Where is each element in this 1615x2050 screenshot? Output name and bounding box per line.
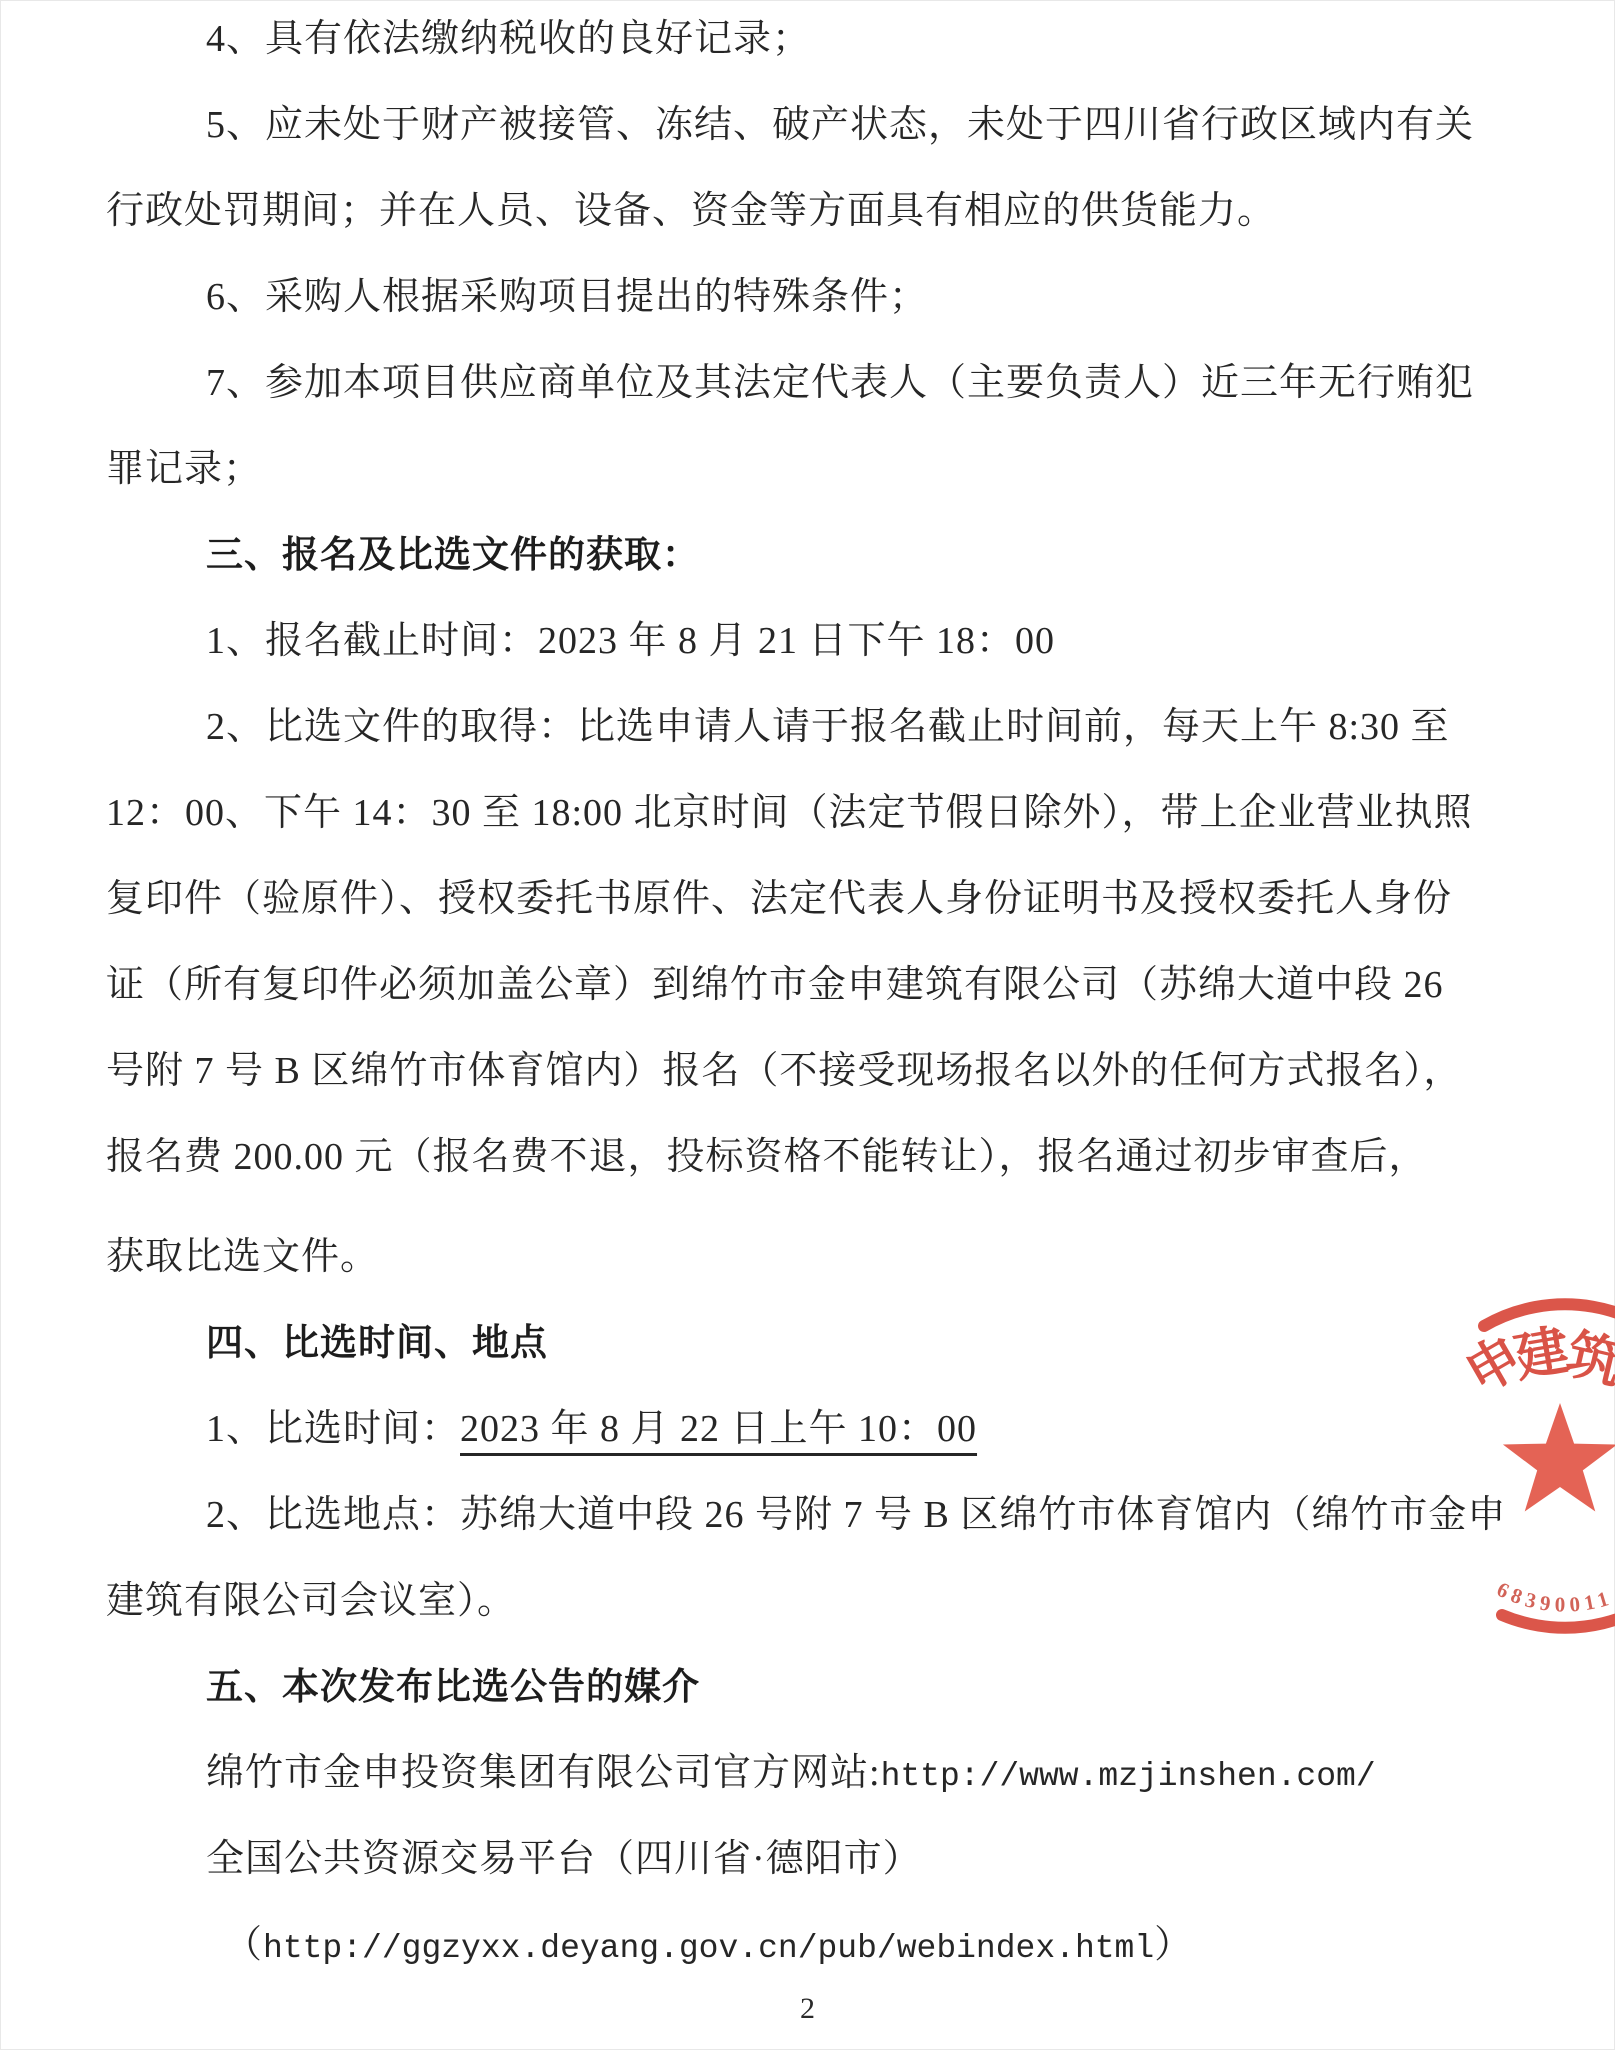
doc-line-obtain-1: 2、比选文件的取得：比选申请人请于报名截止时间前，每天上午 8:30 至 xyxy=(106,684,1476,770)
seal-char-2: 建 xyxy=(1510,1320,1574,1388)
seal-char-3: 筑 xyxy=(1561,1324,1615,1395)
doc-line-item7-cont: 罪记录； xyxy=(106,426,1476,512)
document-body: 4、具有依法缴纳税收的良好记录； 5、应未处于财产被接管、冻结、破产状态，未处于… xyxy=(106,0,1476,1988)
doc-line-item7: 7、参加本项目供应商单位及其法定代表人（主要负责人）近三年无行贿犯 xyxy=(106,340,1476,426)
platform-url: http://ggzyxx.deyang.gov.cn/pub/webindex… xyxy=(263,1930,1154,1967)
seal-ring-bottom-arc-icon xyxy=(1502,1570,1615,1628)
seal-serial: 68390011 xyxy=(1493,1577,1615,1617)
platform-url-paren-close: ） xyxy=(1154,1924,1193,1966)
doc-line-deadline: 1、报名截止时间：2023 年 8 月 21 日下午 18：00 xyxy=(106,598,1476,684)
seal-ring-top-arc-icon xyxy=(1484,1304,1615,1362)
platform-url-paren-open: （ xyxy=(224,1924,263,1966)
doc-line-bixuan-place: 2、比选地点：苏绵大道中段 26 号附 7 号 B 区绵竹市体育馆内（绵竹市金申 xyxy=(106,1472,1476,1558)
doc-line-item6: 6、采购人根据采购项目提出的特殊条件； xyxy=(106,254,1476,340)
document-page: 4、具有依法缴纳税收的良好记录； 5、应未处于财产被接管、冻结、破产状态，未处于… xyxy=(0,0,1615,2050)
doc-line-item5: 5、应未处于财产被接管、冻结、破产状态，未处于四川省行政区域内有关 xyxy=(106,82,1476,168)
section-heading-time-place: 四、比选时间、地点 xyxy=(106,1300,1476,1386)
bixuan-time-label: 1、比选时间： xyxy=(206,1408,460,1450)
doc-line-obtain-4: 证（所有复印件必须加盖公章）到绵竹市金申建筑有限公司（苏绵大道中段 26 xyxy=(106,942,1476,1028)
doc-line-public-platform: 全国公共资源交易平台（四川省·德阳市） xyxy=(106,1816,1476,1902)
doc-line-item4: 4、具有依法缴纳税收的良好记录； xyxy=(106,0,1476,82)
doc-line-obtain-3: 复印件（验原件）、授权委托书原件、法定代表人身份证明书及授权委托人身份 xyxy=(106,856,1476,942)
section-heading-media: 五、本次发布比选公告的媒介 xyxy=(106,1644,1476,1730)
doc-line-platform-url: （http://ggzyxx.deyang.gov.cn/pub/webinde… xyxy=(106,1902,1476,1988)
doc-line-bixuan-place-cont: 建筑有限公司会议室）。 xyxy=(106,1558,1476,1644)
doc-line-item5-cont: 行政处罚期间；并在人员、设备、资金等方面具有相应的供货能力。 xyxy=(106,168,1476,254)
page-number: 2 xyxy=(0,1992,1615,2026)
doc-line-obtain-5: 号附 7 号 B 区绵竹市体育馆内）报名（不接受现场报名以外的任何方式报名）， xyxy=(106,1028,1476,1114)
doc-line-obtain-7: 获取比选文件。 xyxy=(106,1214,1476,1300)
doc-line-obtain-2: 12：00、下午 14：30 至 18:00 北京时间（法定节假日除外），带上企… xyxy=(106,770,1476,856)
doc-line-bixuan-time: 1、比选时间：2023 年 8 月 22 日上午 10：00 xyxy=(106,1386,1476,1472)
seal-star-icon xyxy=(1503,1403,1615,1512)
seal-char-4: 有 xyxy=(1604,1334,1615,1413)
doc-line-obtain-6: 报名费 200.00 元（报名费不退，投标资格不能转让），报名通过初步审查后， xyxy=(106,1114,1476,1200)
section-heading-registration: 三、报名及比选文件的获取： xyxy=(106,512,1476,598)
doc-line-official-site: 绵竹市金申投资集团有限公司官方网站:http://www.mzjinshen.c… xyxy=(106,1730,1476,1816)
official-site-label: 绵竹市金申投资集团有限公司官方网站: xyxy=(206,1752,881,1794)
bixuan-time-underlined: 2023 年 8 月 22 日上午 10：00 xyxy=(460,1408,977,1450)
official-site-url: http://www.mzjinshen.com/ xyxy=(881,1758,1376,1795)
